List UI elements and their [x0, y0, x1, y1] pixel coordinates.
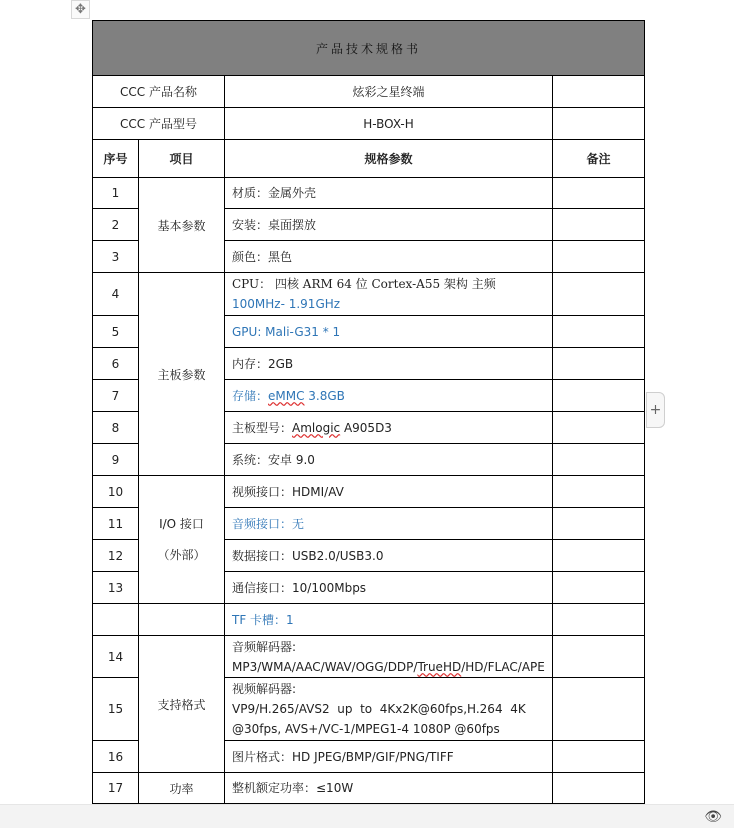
group-board: 主板参数 — [139, 273, 225, 476]
row-spec[interactable]: 颜色：黑色 — [225, 241, 553, 273]
header-remark: 备注 — [553, 140, 645, 178]
cpu-freq-line: 100MHz- 1.91GHz — [232, 294, 552, 314]
row-remark[interactable] — [553, 178, 645, 209]
header-spec: 规格参数 — [225, 140, 553, 178]
row-spec[interactable]: 存储：eMMC 3.8GB — [225, 380, 553, 412]
row-no: 9 — [93, 444, 139, 476]
cpu-line: CPU： 四核 ARM 64 位 Cortex-A55 架构 主频 — [232, 274, 552, 294]
product-model-label: CCC 产品型号 — [93, 108, 225, 140]
group-io-line2: （外部） — [139, 540, 224, 571]
row-no: 3 — [93, 241, 139, 273]
row-remark[interactable] — [553, 604, 645, 636]
video-decoder-label: 视频解码器: — [232, 679, 552, 699]
group-formats: 支持格式 — [139, 636, 225, 773]
product-model-value[interactable]: H-BOX-H — [225, 108, 553, 140]
document-title: 产品技术规格书 — [93, 21, 645, 76]
audio-decoder-formats: MP3/WMA/AAC/WAV/OGG/DDP/TrueHD/HD/FLAC/A… — [232, 657, 552, 677]
spec-table: 产品技术规格书 CCC 产品名称 炫彩之星终端 CCC 产品型号 H-BOX-H… — [92, 20, 645, 804]
table-move-handle-icon[interactable]: ✥ — [71, 0, 90, 19]
row-spec[interactable]: 系统：安卓 9.0 — [225, 444, 553, 476]
row-remark[interactable] — [553, 476, 645, 508]
table-row: 10 I/O 接口 （外部） 视频接口：HDMI/AV — [93, 476, 645, 508]
row-remark[interactable] — [553, 348, 645, 380]
formats-suffix: /HD/FLAC/APE — [461, 660, 545, 674]
spellcheck-word[interactable]: TrueHD — [417, 660, 461, 674]
row-remark[interactable] — [553, 636, 645, 678]
row-no: 6 — [93, 348, 139, 380]
eye-icon[interactable]: 👁 — [704, 809, 722, 825]
row-spec[interactable]: 音频接口：无 — [225, 508, 553, 540]
row-spec[interactable]: 整机额定功率：≤10W — [225, 773, 553, 804]
row-remark[interactable] — [553, 678, 645, 741]
row-remark[interactable] — [553, 380, 645, 412]
row-spec[interactable]: CPU： 四核 ARM 64 位 Cortex-A55 架构 主频 100MHz… — [225, 273, 553, 316]
header-item: 项目 — [139, 140, 225, 178]
row-remark[interactable] — [553, 741, 645, 773]
row-no: 8 — [93, 412, 139, 444]
row-spec[interactable]: 视频接口：HDMI/AV — [225, 476, 553, 508]
product-name-value[interactable]: 炫彩之星终端 — [225, 76, 553, 108]
row-spec[interactable]: 音频解码器: MP3/WMA/AAC/WAV/OGG/DDP/TrueHD/HD… — [225, 636, 553, 678]
row-no: 2 — [93, 209, 139, 241]
product-name-label: CCC 产品名称 — [93, 76, 225, 108]
row-item-empty[interactable] — [139, 604, 225, 636]
row-remark[interactable] — [553, 540, 645, 572]
row-remark[interactable] — [553, 209, 645, 241]
product-model-remark[interactable] — [553, 108, 645, 140]
row-no: 13 — [93, 572, 139, 604]
table-row: 4 主板参数 CPU： 四核 ARM 64 位 Cortex-A55 架构 主频… — [93, 273, 645, 316]
table-row: 1 基本参数 材质：金属外壳 — [93, 178, 645, 209]
group-io-line1: I/O 接口 — [139, 509, 224, 540]
table-row: TF 卡槽：1 — [93, 604, 645, 636]
row-no — [93, 604, 139, 636]
group-power: 功率 — [139, 773, 225, 804]
row-spec[interactable]: 内存：2GB — [225, 348, 553, 380]
row-spec[interactable]: 材质：金属外壳 — [225, 178, 553, 209]
row-no: 11 — [93, 508, 139, 540]
row-no: 12 — [93, 540, 139, 572]
row-no: 10 — [93, 476, 139, 508]
table-row: 14 支持格式 音频解码器: MP3/WMA/AAC/WAV/OGG/DDP/T… — [93, 636, 645, 678]
row-remark[interactable] — [553, 444, 645, 476]
header-no: 序号 — [93, 140, 139, 178]
row-remark[interactable] — [553, 241, 645, 273]
spellcheck-word[interactable]: Amlogic — [292, 421, 340, 435]
audio-decoder-label: 音频解码器: — [232, 637, 552, 657]
row-no: 7 — [93, 380, 139, 412]
row-no: 5 — [93, 316, 139, 348]
spec-prefix: 主板型号： — [232, 421, 292, 435]
spellcheck-word[interactable]: eMMC — [268, 389, 304, 403]
row-spec[interactable]: TF 卡槽：1 — [225, 604, 553, 636]
table-row: 17 功率 整机额定功率：≤10W — [93, 773, 645, 804]
status-bar: 👁 — [0, 804, 734, 828]
video-decoder-line2: VP9/H.265/AVS2 up to 4Kx2K@60fps,H.264 4… — [232, 699, 552, 719]
row-remark[interactable] — [553, 316, 645, 348]
row-spec[interactable]: 通信接口：10/100Mbps — [225, 572, 553, 604]
spec-suffix: A905D3 — [340, 421, 392, 435]
row-remark[interactable] — [553, 572, 645, 604]
row-no: 1 — [93, 178, 139, 209]
group-basic: 基本参数 — [139, 178, 225, 273]
row-spec[interactable]: 数据接口：USB2.0/USB3.0 — [225, 540, 553, 572]
row-no: 17 — [93, 773, 139, 804]
row-spec[interactable]: 视频解码器: VP9/H.265/AVS2 up to 4Kx2K@60fps,… — [225, 678, 553, 741]
row-remark[interactable] — [553, 508, 645, 540]
add-column-icon[interactable]: + — [646, 392, 665, 428]
row-spec[interactable]: 图片格式：HD JPEG/BMP/GIF/PNG/TIFF — [225, 741, 553, 773]
row-spec[interactable]: 主板型号：Amlogic A905D3 — [225, 412, 553, 444]
formats-prefix: MP3/WMA/AAC/WAV/OGG/DDP/ — [232, 660, 417, 674]
row-no: 16 — [93, 741, 139, 773]
row-remark[interactable] — [553, 273, 645, 316]
video-decoder-line3: @30fps, AVS+/VC-1/MPEG1-4 1080P @60fps — [232, 719, 552, 739]
spec-suffix: 3.8GB — [304, 389, 344, 403]
row-spec[interactable]: GPU: Mali-G31 * 1 — [225, 316, 553, 348]
product-name-remark[interactable] — [553, 76, 645, 108]
group-io: I/O 接口 （外部） — [139, 476, 225, 604]
row-no: 14 — [93, 636, 139, 678]
row-spec[interactable]: 安装：桌面摆放 — [225, 209, 553, 241]
row-no: 4 — [93, 273, 139, 316]
row-remark[interactable] — [553, 412, 645, 444]
row-no: 15 — [93, 678, 139, 741]
spec-prefix: 存储： — [232, 389, 268, 403]
row-remark[interactable] — [553, 773, 645, 804]
